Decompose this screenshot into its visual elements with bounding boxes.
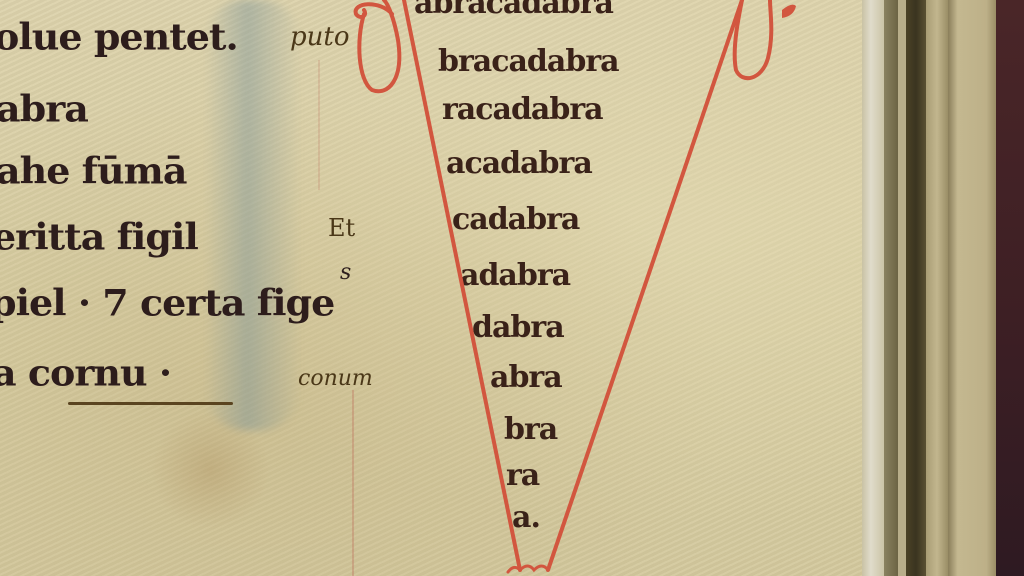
page-edge-outer: [948, 0, 996, 576]
red-dot-flourish: [782, 5, 796, 18]
page-edge-light: [862, 0, 884, 576]
triangle-right-edge: [548, 0, 742, 570]
page-edge: [884, 0, 898, 576]
page-edge-dark: [906, 0, 926, 576]
page-edge: [926, 0, 948, 576]
red-triangle-frame: [0, 0, 862, 576]
page-edge: [898, 0, 906, 576]
book-cover: [996, 0, 1024, 576]
triangle-left-edge: [404, 0, 520, 570]
